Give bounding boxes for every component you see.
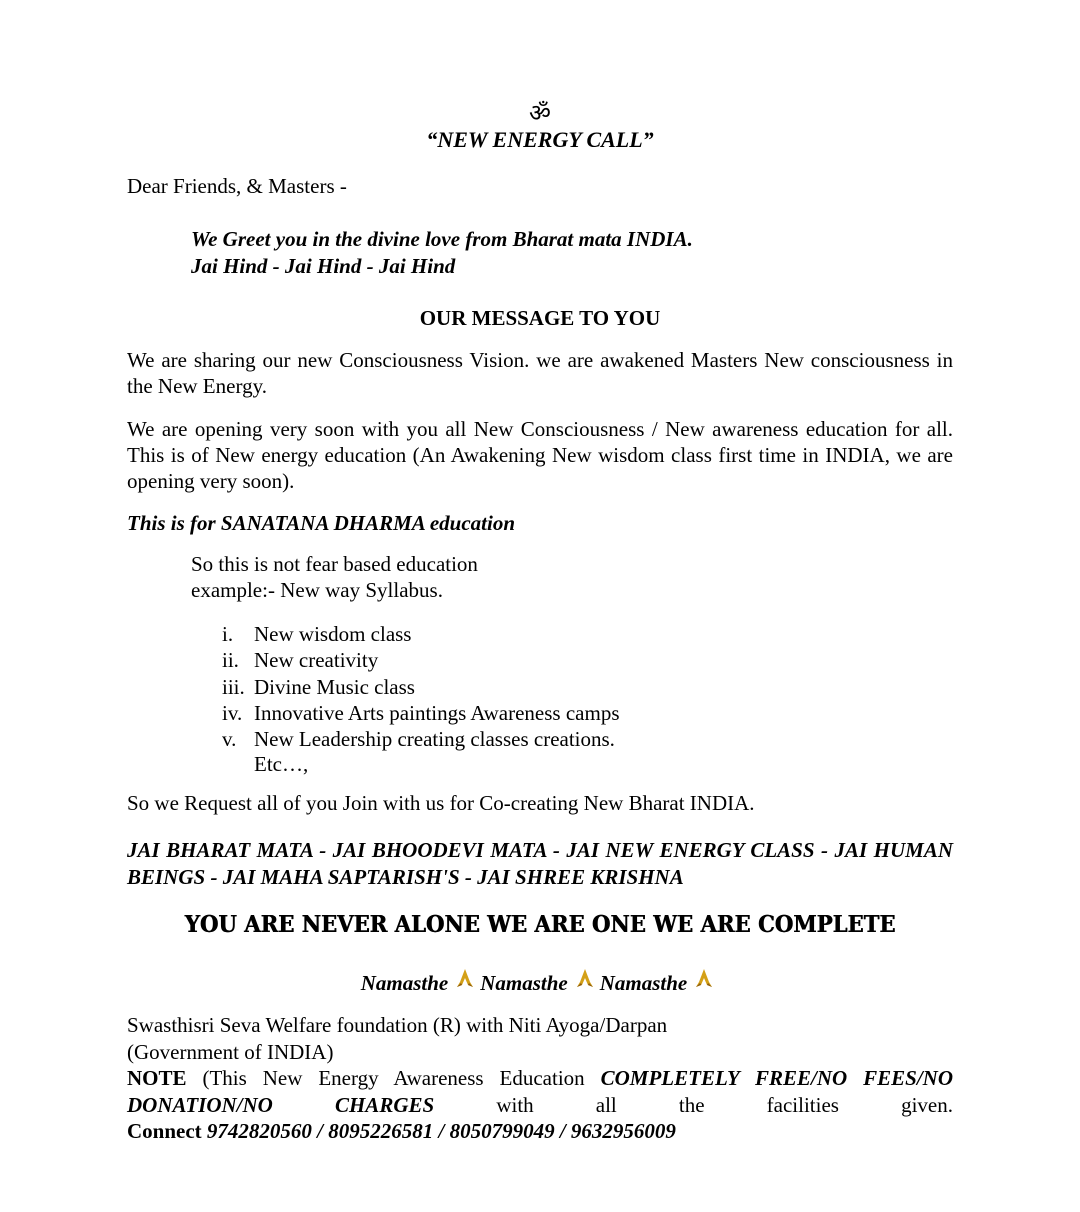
list-number: iii.	[222, 674, 245, 700]
document-title: “NEW ENERGY CALL”	[127, 127, 953, 153]
list-item: i.New wisdom class	[222, 621, 620, 647]
namaste-word: Namasthe	[600, 971, 688, 996]
paragraph-vision: We are sharing our new Consciousness Vis…	[127, 347, 953, 399]
folded-hands-icon	[576, 968, 594, 988]
paragraph-opening: We are opening very soon with you all Ne…	[127, 416, 953, 494]
list-number: v.	[222, 726, 236, 752]
list-item: iv.Innovative Arts paintings Awareness c…	[222, 700, 620, 726]
connect-label: Connect	[127, 1119, 202, 1143]
salutation: Dear Friends, & Masters -	[127, 174, 347, 199]
list-label: Divine Music class	[254, 675, 415, 699]
om-symbol: ॐ	[127, 96, 953, 129]
phone-numbers: 9742820560 / 8095226581 / 8050799049 / 9…	[202, 1119, 676, 1143]
jai-slogan: JAI BHARAT MATA - JAI BHOODEVI MATA - JA…	[127, 837, 953, 891]
list-label: New Leadership creating classes creation…	[254, 727, 615, 751]
list-item: v.New Leadership creating classes creati…	[222, 726, 620, 752]
note-text: (This New Energy Awareness Education	[187, 1066, 601, 1090]
list-label: New wisdom class	[254, 622, 411, 646]
syllabus-list: i.New wisdom class ii.New creativity iii…	[222, 621, 620, 752]
sanatana-line: This is for SANATANA DHARMA education	[127, 511, 515, 536]
list-number: ii.	[222, 647, 239, 673]
note-tail: with all the facilities given.	[434, 1093, 953, 1117]
etc-text: Etc…,	[254, 752, 308, 777]
org-line-1: Swasthisri Seva Welfare foundation (R) w…	[127, 1012, 953, 1039]
note: NOTE (This New Energy Awareness Educatio…	[127, 1065, 953, 1118]
list-number: iv.	[222, 700, 242, 726]
list-number: i.	[222, 621, 233, 647]
folded-hands-icon	[456, 968, 474, 988]
org-line-2: (Government of INDIA)	[127, 1039, 953, 1066]
greeting-line-1: We Greet you in the divine love from Bha…	[191, 227, 693, 252]
footer: Swasthisri Seva Welfare foundation (R) w…	[127, 1012, 953, 1145]
list-item: iii.Divine Music class	[222, 674, 620, 700]
sub-line-fear: So this is not fear based education	[191, 552, 478, 577]
sub-line-example: example:- New way Syllabus.	[191, 578, 443, 603]
greeting-line-2: Jai Hind - Jai Hind - Jai Hind	[191, 254, 455, 279]
list-label: Innovative Arts paintings Awareness camp…	[254, 701, 620, 725]
tagline: YOU ARE NEVER ALONE WE ARE ONE WE ARE CO…	[160, 911, 920, 938]
folded-hands-icon	[695, 968, 713, 988]
message-heading: OUR MESSAGE TO YOU	[127, 306, 953, 331]
note-label: NOTE	[127, 1066, 187, 1090]
connect-line: Connect 9742820560 / 8095226581 / 805079…	[127, 1118, 953, 1145]
namaste-word: Namasthe	[480, 971, 568, 996]
namaste-row: NamastheNamastheNamasthe	[127, 968, 953, 996]
list-item: ii.New creativity	[222, 647, 620, 673]
request-line: So we Request all of you Join with us fo…	[127, 791, 755, 816]
list-label: New creativity	[254, 648, 378, 672]
namaste-word: Namasthe	[361, 971, 449, 996]
